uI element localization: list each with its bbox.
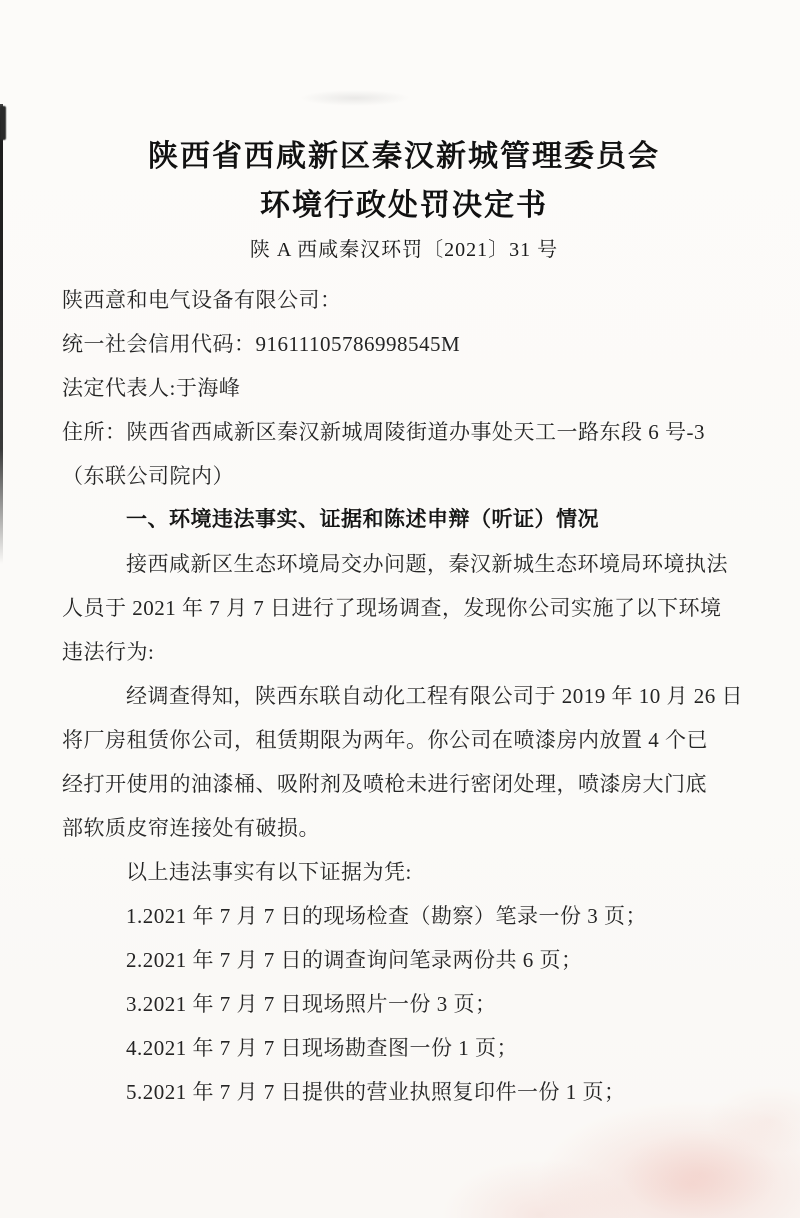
evidence-intro-line: 以上违法事实有以下证据为凭: (62, 850, 746, 894)
paragraph-1-line-1: 接西咸新区生态环境局交办问题，秦汉新城生态环境局环境执法 (62, 542, 746, 586)
evidence-item-2: 2.2021 年 7 月 7 日的调查询问笔录两份共 6 页； (62, 938, 746, 982)
section-heading: 一、环境违法事实、证据和陈述申辩（听证）情况 (62, 498, 746, 542)
document-page: 陕西省西咸新区秦汉新城管理委员会 环境行政处罚决定书 陕 A 西咸秦汉环罚〔20… (0, 0, 800, 1218)
document-title-line2: 环境行政处罚决定书 (62, 181, 746, 230)
paragraph-2-line-2: 将厂房租赁你公司，租赁期限为两年。你公司在喷漆房内放置 4 个已 (62, 718, 746, 762)
legal-representative-line: 法定代表人:于海峰 (62, 366, 746, 410)
evidence-item-5: 5.2021 年 7 月 7 日提供的营业执照复印件一份 1 页； (62, 1070, 746, 1114)
address-line-1: 住所：陕西省西咸新区秦汉新城周陵街道办事处天工一路东段 6 号-3 (62, 410, 746, 454)
paragraph-1-line-3: 违法行为: (62, 630, 746, 674)
evidence-item-4: 4.2021 年 7 月 7 日现场勘查图一份 1 页； (62, 1026, 746, 1070)
stamp-bleed-artifact (620, 1130, 780, 1218)
evidence-item-1: 1.2021 年 7 月 7 日的现场检查（勘察）笔录一份 3 页； (62, 894, 746, 938)
paragraph-2-line-3: 经打开使用的油漆桶、吸附剂及喷枪未进行密闭处理，喷漆房大门底 (62, 762, 746, 806)
paragraph-2-line-4: 部软质皮帘连接处有破损。 (62, 806, 746, 850)
evidence-item-3: 3.2021 年 7 月 7 日现场照片一份 3 页； (62, 982, 746, 1026)
credit-code-line: 统一社会信用代码：91611105786998545M (62, 322, 746, 366)
document-body: 陕西意和电气设备有限公司： 统一社会信用代码：91611105786998545… (62, 278, 746, 1114)
document-number: 陕 A 西咸秦汉环罚〔2021〕31 号 (62, 230, 746, 270)
document-content: 陕西省西咸新区秦汉新城管理委员会 环境行政处罚决定书 陕 A 西咸秦汉环罚〔20… (0, 0, 800, 1114)
recipient-line: 陕西意和电气设备有限公司： (62, 278, 746, 322)
address-line-2: （东联公司院内） (62, 454, 746, 498)
paragraph-1-line-2: 人员于 2021 年 7 月 7 日进行了现场调查，发现你公司实施了以下环境 (62, 586, 746, 630)
paragraph-2-line-1: 经调查得知，陕西东联自动化工程有限公司于 2019 年 10 月 26 日 (62, 674, 746, 718)
document-title-line1: 陕西省西咸新区秦汉新城管理委员会 (62, 132, 746, 181)
